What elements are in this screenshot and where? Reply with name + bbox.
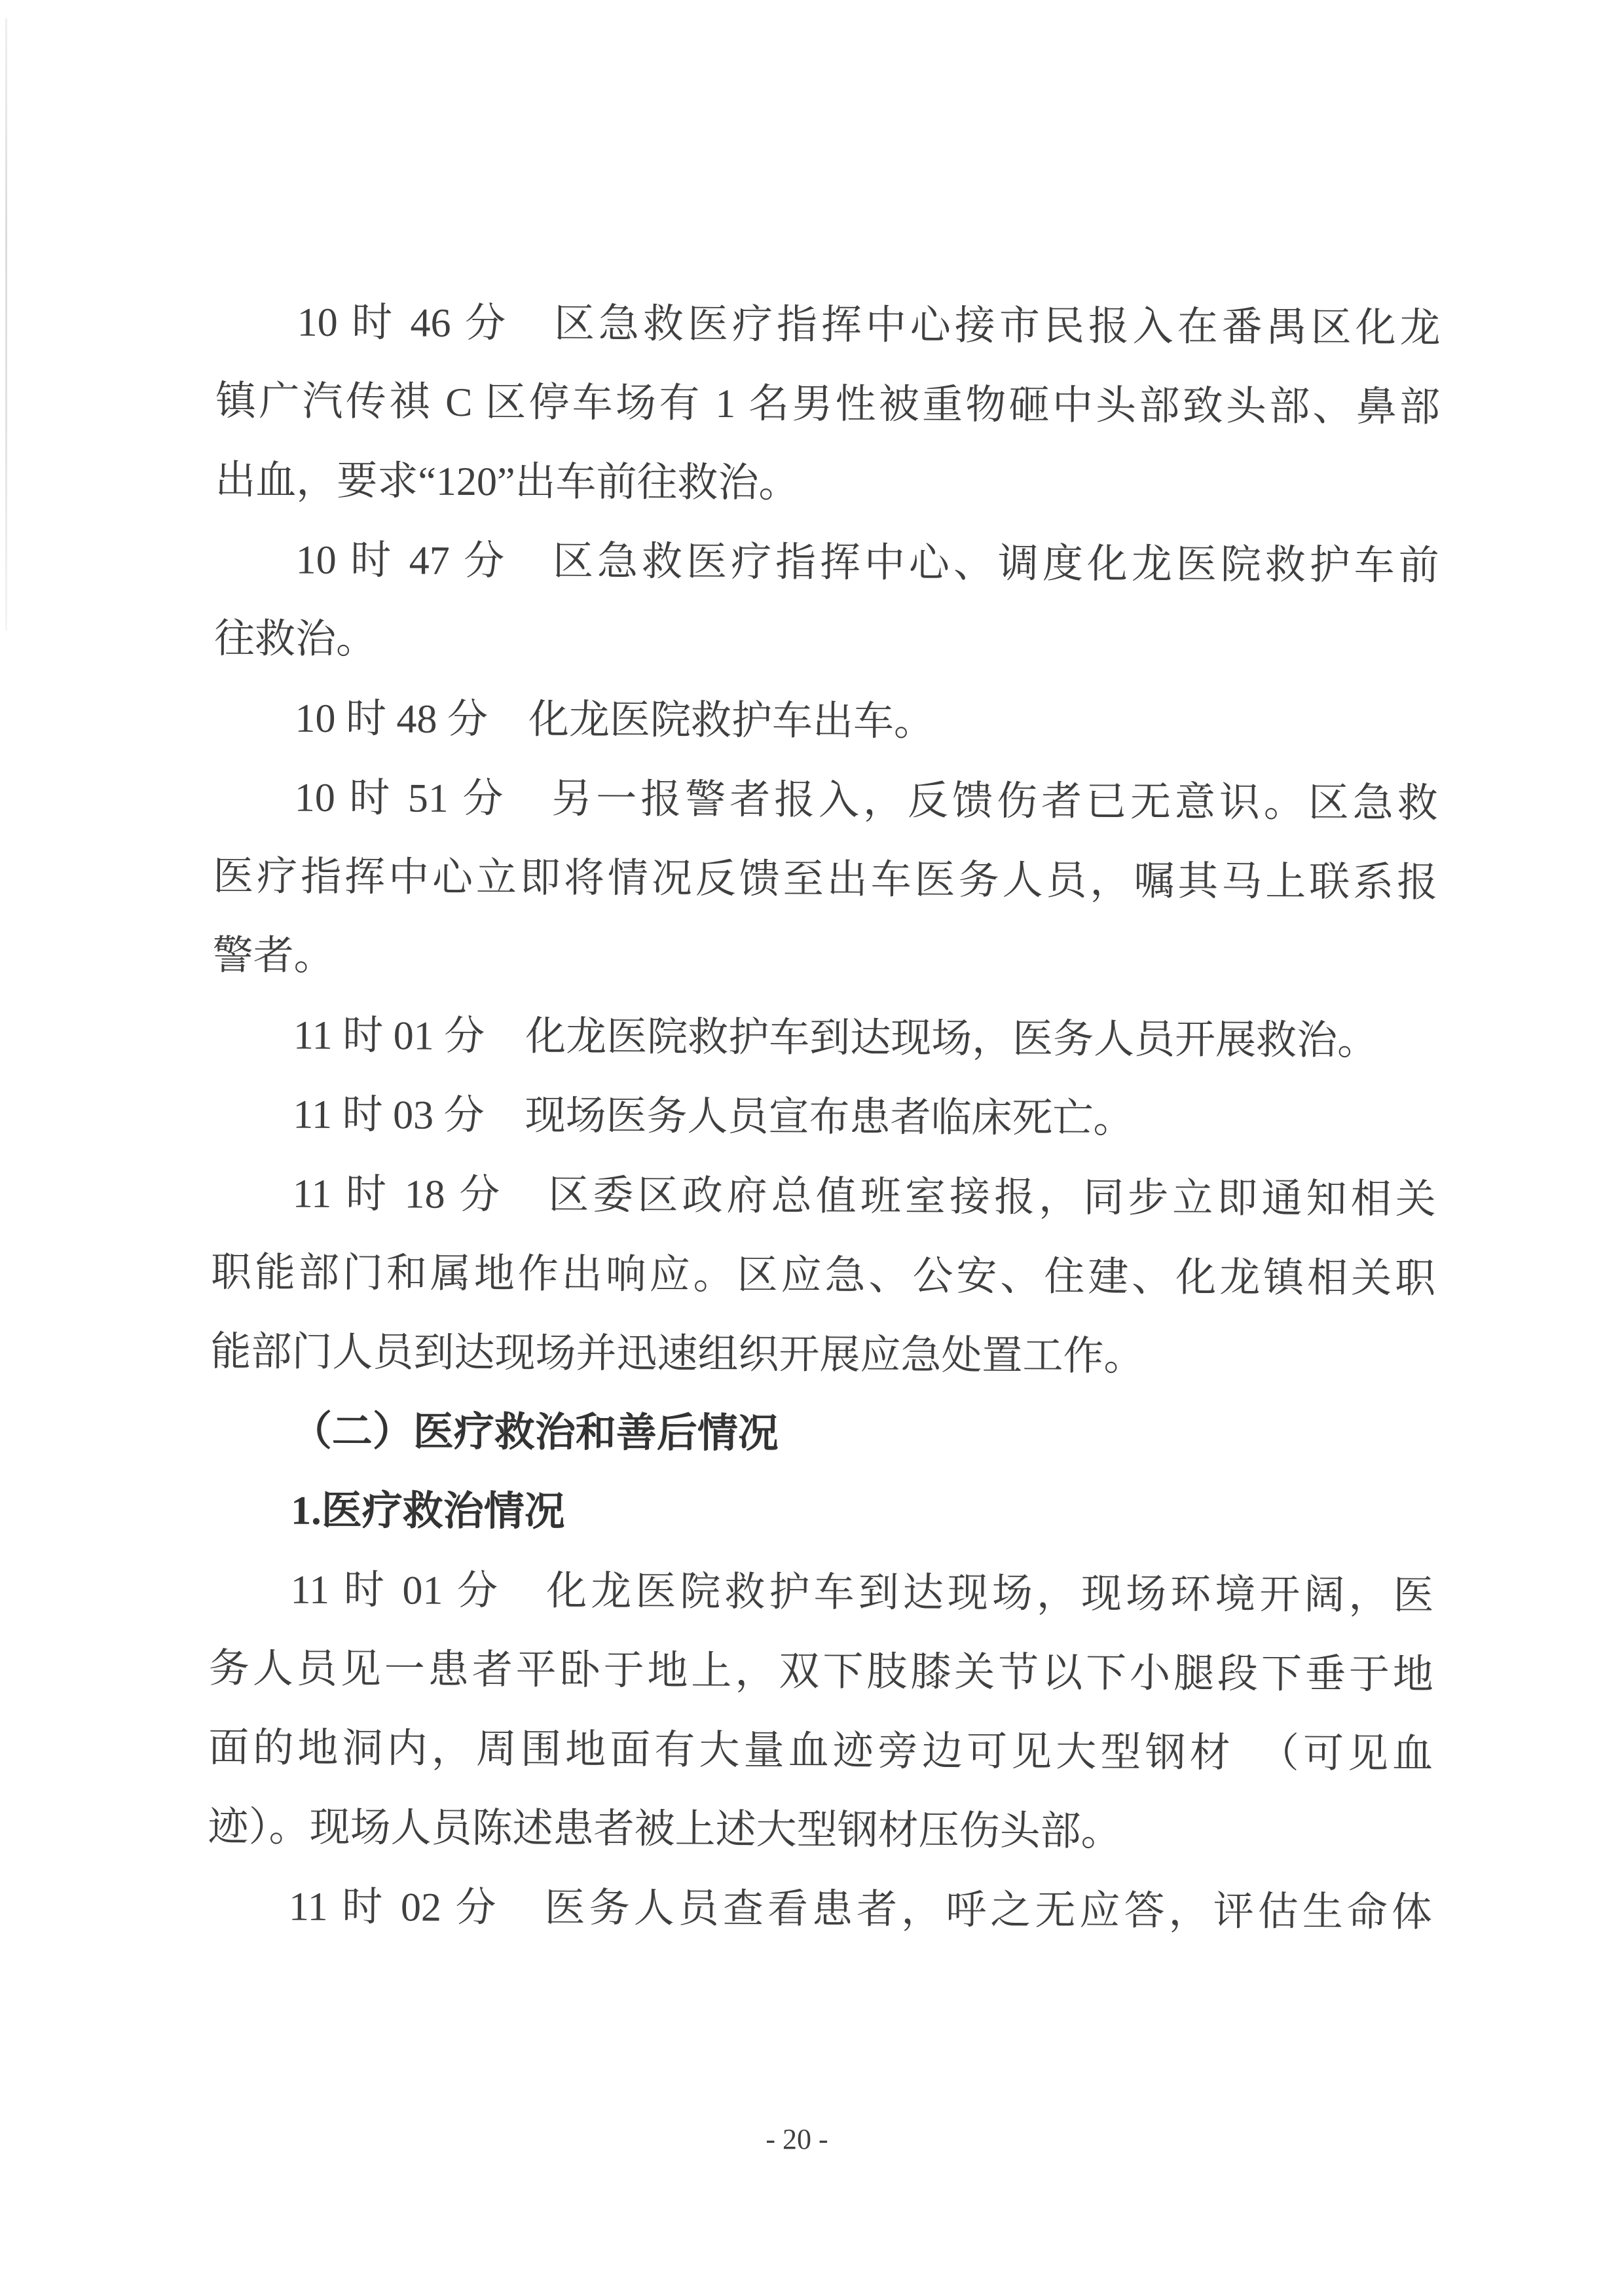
heading-line: （二）医疗救治和善后情况	[210, 1392, 1435, 1478]
text-line: 11 时 02 分 医务人员查看患者，呼之无应答，评估生命体	[208, 1867, 1433, 1953]
text-line: 面的地洞内，周围地面有大量血迹旁边可见大型钢材 （可见血	[208, 1709, 1433, 1795]
text-line: 迹）。现场人员陈述患者被上述大型钢材压伤头部。	[208, 1788, 1433, 1874]
text-line: 镇广汽传祺 C 区停车场有 1 名男性被重物砸中头部致头部、鼻部	[215, 362, 1441, 448]
text-line: 往救治。	[214, 600, 1439, 685]
text-line: 警者。	[212, 917, 1437, 1002]
text-line: 务人员见一患者平卧于地上，双下肢膝关节以下小腿段下垂于地	[209, 1630, 1434, 1715]
text-line: 10 时 47 分 区急救医疗指挥中心、调度化龙医院救护车前	[214, 520, 1439, 606]
text-line: 10 时 48 分 化龙医院救护车出车。	[213, 679, 1439, 765]
document-body: 10 时 46 分 区急救医疗指挥中心接市民报入在番禺区化龙镇广汽传祺 C 区停…	[208, 283, 1441, 1953]
page-number: - 20 -	[0, 2124, 1609, 2155]
heading-line: 1.医疗救治情况	[210, 1471, 1435, 1557]
text-line: 出血，要求“120”出车前往救治。	[215, 441, 1440, 527]
scan-artifact-line	[5, 18, 7, 630]
text-line: 11 时 01 分 化龙医院救护车到达现场，医务人员开展救治。	[212, 996, 1437, 1082]
text-line: 10 时 51 分 另一报警者报入，反馈伤者已无意识。区急救	[213, 758, 1439, 844]
text-line: 10 时 46 分 区急救医疗指挥中心接市民报入在番禺区化龙	[215, 283, 1441, 369]
text-line: 职能部门和属地作出响应。区应急、公安、住建、化龙镇相关职	[211, 1233, 1436, 1319]
text-line: 能部门人员到达现场并迅速组织开展应急处置工作。	[210, 1313, 1435, 1398]
text-line: 医疗指挥中心立即将情况反馈至出车医务人员，嘱其马上联系报	[213, 837, 1438, 923]
text-line: 11 时 01 分 化龙医院救护车到达现场，现场环境开阔，医	[209, 1550, 1434, 1636]
text-line: 11 时 18 分 区委区政府总值班室接报，同步立即通知相关	[211, 1154, 1436, 1240]
text-line: 11 时 03 分 现场医务人员宣布患者临床死亡。	[212, 1075, 1437, 1161]
document-page: 10 时 46 分 区急救医疗指挥中心接市民报入在番禺区化龙镇广汽传祺 C 区停…	[0, 0, 1624, 2296]
